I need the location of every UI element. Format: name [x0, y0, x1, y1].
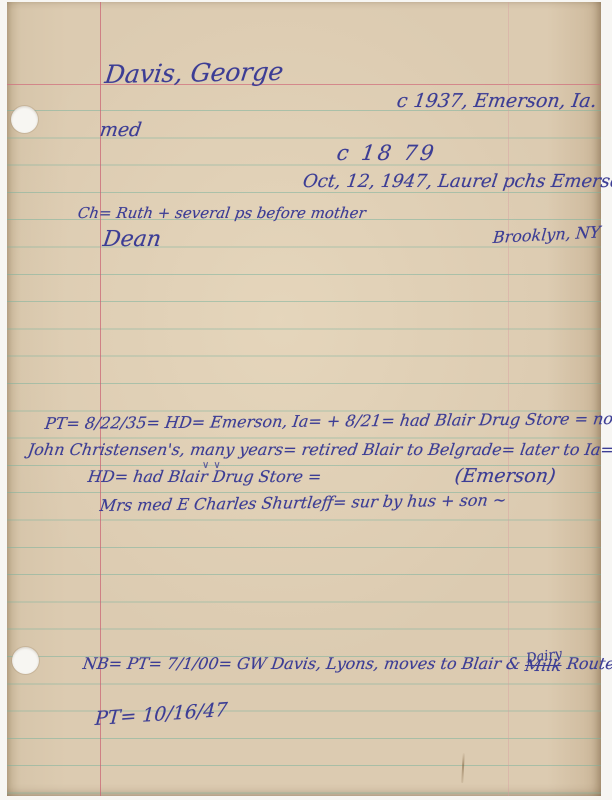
top-margin-line [7, 84, 601, 85]
struck-word: Milk [524, 660, 562, 673]
nb-line-pre: NB= PT= 7/1/00= GW Davis, Lyons, moves t… [82, 654, 522, 673]
correction-stack: Dairy Milk [525, 650, 561, 673]
body-line-3-right: (Emerson) [453, 465, 557, 487]
faint-center-line [508, 2, 509, 796]
body-line-2: John Christensen's, many years= retired … [27, 440, 612, 459]
children-line: Ch= Ruth + several ps before mother [77, 204, 367, 222]
child-dean: Dean [101, 227, 162, 252]
paper-sheet: Davis, George c 1937, Emerson, Ia. med c… [7, 2, 601, 796]
birth-year: c 18 79 [335, 141, 438, 165]
subject-name: Davis, George [103, 57, 285, 89]
nb-line-post: Route [565, 654, 612, 673]
body-line-3: HD= had Blair Drug Store = [87, 467, 323, 486]
med-note: med [98, 119, 143, 141]
scanned-note-page: Davis, George c 1937, Emerson, Ia. med c… [0, 0, 612, 800]
place-note: c 1937, Emerson, Ia. [395, 90, 598, 112]
death-line: Oct, 12, 1947, Laurel pchs Emerson Ia. [302, 171, 612, 192]
punch-hole-bottom [12, 647, 39, 674]
punch-hole-top [11, 106, 38, 133]
nb-line: NB= PT= 7/1/00= GW Davis, Lyons, moves t… [83, 650, 612, 673]
